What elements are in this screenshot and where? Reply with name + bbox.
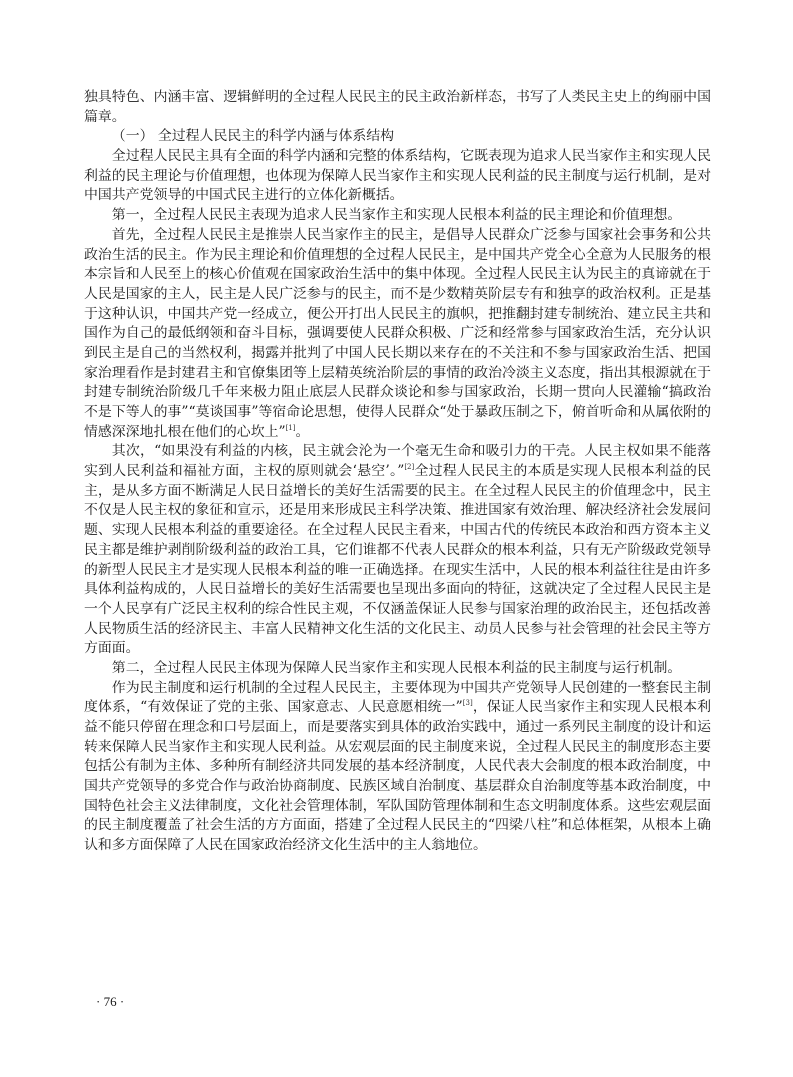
paragraph-text: 首先，全过程人民民主是推崇人民当家作主的民主，是倡导人民群众广泛参与国家社会事务… — [84, 227, 711, 440]
citation-ref: [2] — [404, 463, 414, 471]
paragraph-point-two: 第二，全过程人民民主体现为保障人民当家作主和实现人民根本利益的民主制度与运行机制… — [84, 659, 711, 679]
paragraph-point-one: 第一，全过程人民民主表现为追求人民当家作主和实现人民根本利益的民主理论和价值理想… — [84, 206, 711, 226]
paragraph-tail: 全过程人民民主的本质是实现人民根本利益的民主，是从多方面不断满足人民日益增长的美… — [84, 463, 711, 656]
document-page: 独具特色、内涵丰富、逻辑鲜明的全过程人民民主的民主政治新样态，书写了人类民主史上… — [84, 88, 711, 856]
paragraph-tail: ，保证人民当家作主和实现人民根本利益不能只停留在理念和口号层面上，而是要落实到具… — [84, 699, 711, 853]
citation-ref: [1] — [286, 424, 296, 432]
paragraph: 全过程人民民主具有全面的科学内涵和完整的体系结构，它既表现为追求人民当家作主和实… — [84, 147, 711, 206]
paragraph-continuation: 独具特色、内涵丰富、逻辑鲜明的全过程人民民主的民主政治新样态，书写了人类民主史上… — [84, 88, 711, 127]
paragraph-second: 其次，“如果没有利益的内核，民主就会沦为一个毫无生命和吸引力的干壳。人民主权如果… — [84, 442, 711, 659]
paragraph-institutions: 作为民主制度和运行机制的全过程人民民主，主要体现为中国共产党领导人民创建的一整套… — [84, 679, 711, 856]
paragraph-tail: 。 — [296, 424, 310, 440]
paragraph-first: 首先，全过程人民民主是推崇人民当家作主的民主，是倡导人民群众广泛参与国家社会事务… — [84, 226, 711, 443]
section-heading: （一） 全过程人民民主的科学内涵与体系结构 — [84, 127, 711, 147]
page-number: · 76 · — [96, 994, 124, 1010]
citation-ref: [3] — [463, 699, 473, 707]
